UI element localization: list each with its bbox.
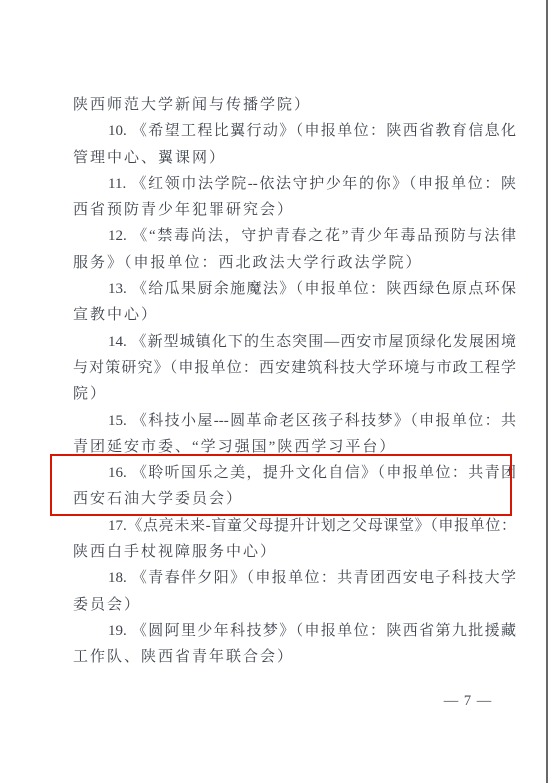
text-line: 12. 《“禁毒尚法，守护青春之花”青少年毒品预防与法律 — [73, 223, 516, 249]
text-line-highlighted: 16. 《聆听国乐之美，提升文化自信》（申报单位：共青团 — [73, 460, 516, 486]
text-line: 19. 《圆阿里少年科技梦》（申报单位：陕西省第九批援藏 — [73, 618, 516, 644]
text-line: 工作队、陕西省青年联合会） — [73, 644, 516, 670]
text-line: 10. 《希望工程比翼行动》（申报单位：陕西省教育信息化 — [73, 118, 516, 144]
text-line: 院） — [73, 381, 516, 407]
text-line: 青团延安市委、“学习强国”陕西学习平台） — [73, 434, 516, 460]
text-line: 11. 《红领巾法学院--依法守护少年的你》（申报单位：陕 — [73, 171, 516, 197]
text-line: 服务》（申报单位：西北政法大学行政法学院） — [73, 250, 516, 276]
text-line: 14. 《新型城镇化下的生态突围—西安市屋顶绿化发展困境 — [73, 329, 516, 355]
text-line: 17.《点亮未来-盲童父母提升计划之父母课堂》（申报单位： — [73, 513, 516, 539]
text-line-highlighted: 西安石油大学委员会） — [73, 486, 516, 512]
scan-edge-line — [546, 0, 548, 783]
text-line: 管理中心、翼课网） — [73, 145, 516, 171]
text-line: 陕西白手杖视障服务中心） — [73, 539, 516, 565]
text-line: 西省预防青少年犯罪研究会） — [73, 197, 516, 223]
document-page: 陕西师范大学新闻与传播学院） 10. 《希望工程比翼行动》（申报单位：陕西省教育… — [0, 0, 554, 783]
text-line: 委员会） — [73, 592, 516, 618]
text-line: 18. 《青春伴夕阳》（申报单位：共青团西安电子科技大学 — [73, 565, 516, 591]
document-text-block: 陕西师范大学新闻与传播学院） 10. 《希望工程比翼行动》（申报单位：陕西省教育… — [73, 92, 516, 671]
text-line: 15. 《科技小屋---圆革命老区孩子科技梦》（申报单位：共 — [73, 408, 516, 434]
text-line: 与对策研究》（申报单位：西安建筑科技大学环境与市政工程学 — [73, 355, 516, 381]
text-line: 宣教中心） — [73, 302, 516, 328]
text-line: 13. 《给瓜果厨余施魔法》（申报单位：陕西绿色原点环保 — [73, 276, 516, 302]
text-line: 陕西师范大学新闻与传播学院） — [73, 92, 516, 118]
page-number: — 7 — — [428, 692, 508, 710]
